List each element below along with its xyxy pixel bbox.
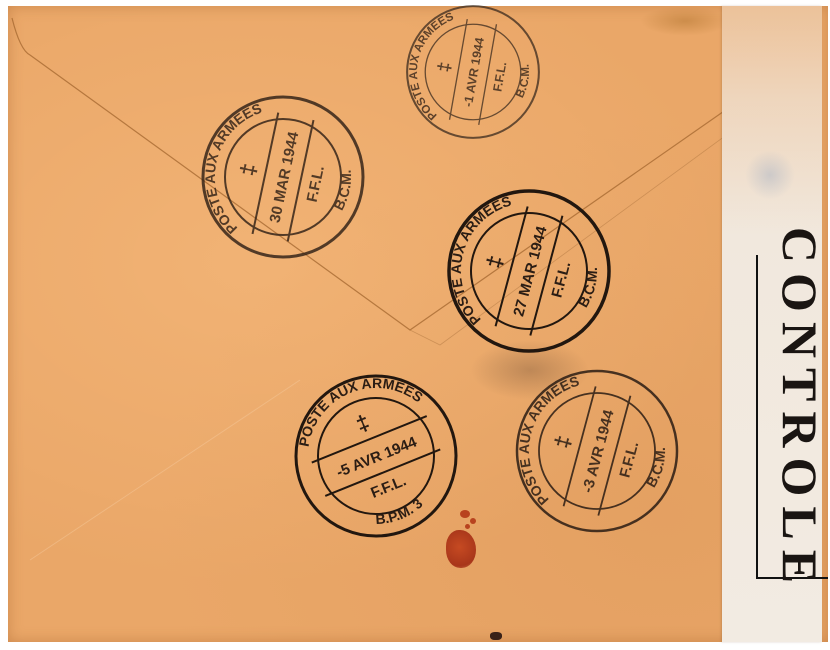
svg-text:B.C.M.: B.C.M. [574, 263, 604, 311]
svg-text:-3 AVR 1944: -3 AVR 1944 [579, 407, 618, 494]
ink-spot [490, 632, 502, 640]
svg-text:B.C.M.: B.C.M. [514, 62, 535, 101]
censor-tape-label: CONTROLE [770, 250, 830, 570]
svg-text:F.F.L.: F.F.L. [548, 260, 574, 300]
svg-text:‡: ‡ [549, 433, 576, 451]
svg-text:‡: ‡ [235, 161, 262, 178]
censor-tape-tint [745, 150, 795, 200]
red-wax-stain [446, 530, 476, 568]
svg-text:F.F.L.: F.F.L. [304, 164, 328, 203]
censor-text: CONTROLE [771, 227, 829, 593]
postmark-upper-left: POSTE AUX ARMEES B.C.M. ‡ 30 MAR 1944 F.… [182, 76, 384, 278]
svg-text:‡: ‡ [481, 253, 508, 271]
red-wax-speck [460, 510, 470, 518]
red-wax-speck [465, 524, 470, 529]
svg-text:B.C.M.: B.C.M. [329, 166, 357, 213]
svg-text:B.C.M.: B.C.M. [642, 443, 672, 491]
svg-text:‡: ‡ [352, 409, 373, 437]
svg-text:27 MAR 1944: 27 MAR 1944 [510, 224, 551, 318]
postmark-svg: POSTE AUX ARMEES B.C.M. ‡ 30 MAR 1944 F.… [182, 76, 384, 278]
censor-tape-stain [722, 6, 822, 236]
svg-text:F.F.L.: F.F.L. [616, 440, 642, 480]
svg-text:‡: ‡ [434, 60, 455, 73]
postmark-svg: POSTE AUX ARMEES B.C.M. ‡ -1 AVR 1944 F.… [389, 0, 556, 168]
paper-stain [640, 6, 730, 36]
svg-text:F.F.L.: F.F.L. [490, 61, 509, 93]
red-wax-speck [470, 518, 476, 524]
postmark-top: POSTE AUX ARMEES B.C.M. ‡ -1 AVR 1944 F.… [389, 0, 556, 168]
